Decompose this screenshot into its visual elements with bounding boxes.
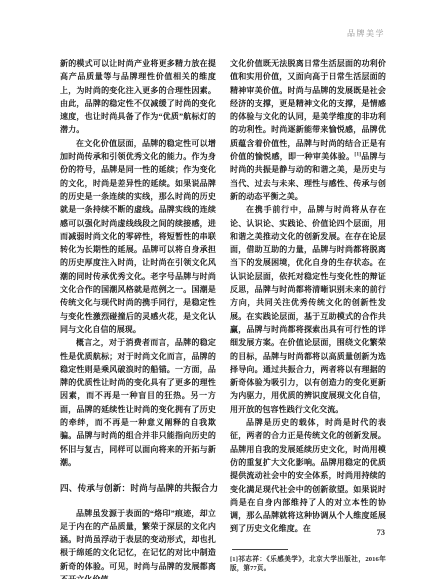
paragraph: 在文化价值层面，品牌的稳定性可以增加时尚传承和引领优秀文化的能力。作为身份的符号…	[60, 137, 216, 336]
paragraph: 新的模式可以让时尚产业将更多精力放在提高产品质量等与品牌理性价值相关的维度上，为…	[60, 57, 216, 137]
paragraph: 品牌虽发源于表面的“烙印”痕迹，却立足于内在的产品质量，繁荣于深层的文化内涵。时…	[60, 507, 216, 579]
section-heading: 四、传承与创新：时尚与品牌的共振合力	[60, 482, 216, 495]
left-column: 新的模式可以让时尚产业将更多精力放在提高产品质量等与品牌理性价值相关的维度上，为…	[60, 57, 216, 579]
footnote-text: [1]祁志祥：《乐感美学》，北京大学出版社，2016年版，第77页。	[230, 555, 386, 574]
running-head: 品牌美学	[347, 28, 385, 39]
paragraph: 品牌是历史的载体，时尚是时代的表征，两者的合力正是传统文化的创新发展。品牌用自我…	[230, 416, 386, 536]
paragraph-text: 文化价值既无法脱离日常生活层面的功利价值和实用价值，又面向高于日常生活层面的精神…	[230, 59, 386, 161]
paragraph: 概言之，对于消费者而言，品牌的稳定性是优质航标；对于时尚文化而言，品牌的稳定性则…	[60, 336, 216, 469]
paragraph: 文化价值既无法脱离日常生活层面的功利价值和实用价值，又面向高于日常生活层面的精神…	[230, 57, 386, 203]
text-columns: 新的模式可以让时尚产业将更多精力放在提高产品质量等与品牌理性价值相关的维度上，为…	[60, 57, 387, 579]
book-page: 品牌美学 新的模式可以让时尚产业将更多精力放在提高产品质量等与品牌理性价值相关的…	[0, 0, 427, 579]
right-column: 文化价值既无法脱离日常生活层面的功利价值和实用价值，又面向高于日常生活层面的精神…	[230, 57, 386, 579]
page-number: 73	[377, 527, 386, 537]
paragraph: 在携手前行中，品牌与时尚将从存在论、认识论、实践论、价值论四个层面，用和谐之美推…	[230, 203, 386, 416]
footnote-divider	[232, 549, 288, 550]
